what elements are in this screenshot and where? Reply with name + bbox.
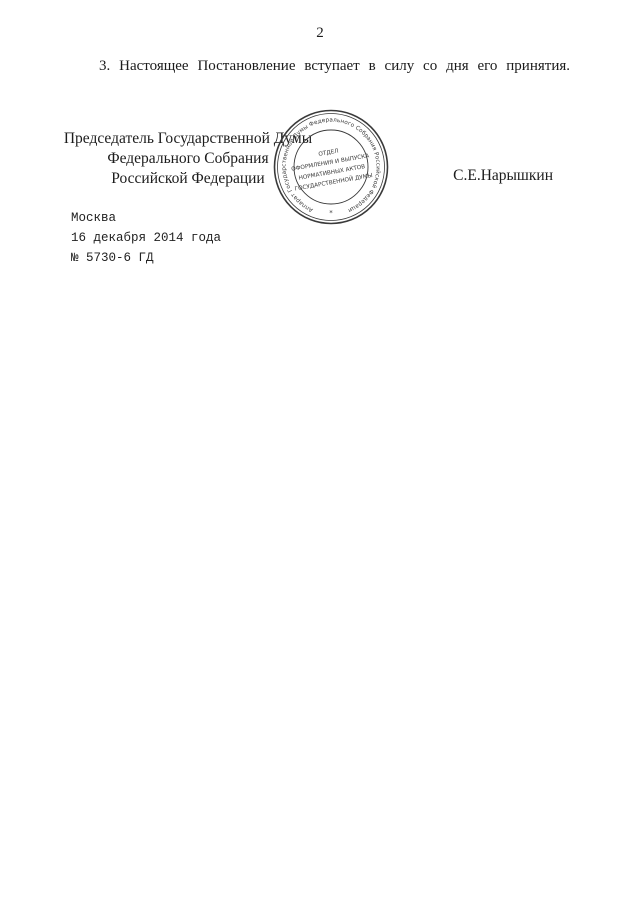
signatory-name: С.Е.Нарышкин <box>403 167 553 185</box>
issue-date: 16 декабря 2014 года <box>71 228 221 248</box>
issue-city: Москва <box>71 208 221 228</box>
document-page: 2 3. Настоящее Постановление вступает в … <box>0 0 640 905</box>
issue-block: Москва 16 декабря 2014 года № 5730-6 ГД <box>71 208 221 268</box>
stamp-center-text: ОТДЕЛ ОФОРМЛЕНИЯ И ВЫПУСКА НОРМАТИВНЫХ А… <box>289 143 373 192</box>
issue-number: № 5730-6 ГД <box>71 248 221 268</box>
stamp-center-line-1: ОТДЕЛ <box>318 148 339 157</box>
page-number: 2 <box>0 25 640 42</box>
stamp-star-separator: * <box>329 209 333 217</box>
clause-paragraph: 3. Настоящее Постановление вступает в си… <box>99 56 570 76</box>
official-stamp: Аппарат Государственной Думы Федеральног… <box>271 107 391 227</box>
